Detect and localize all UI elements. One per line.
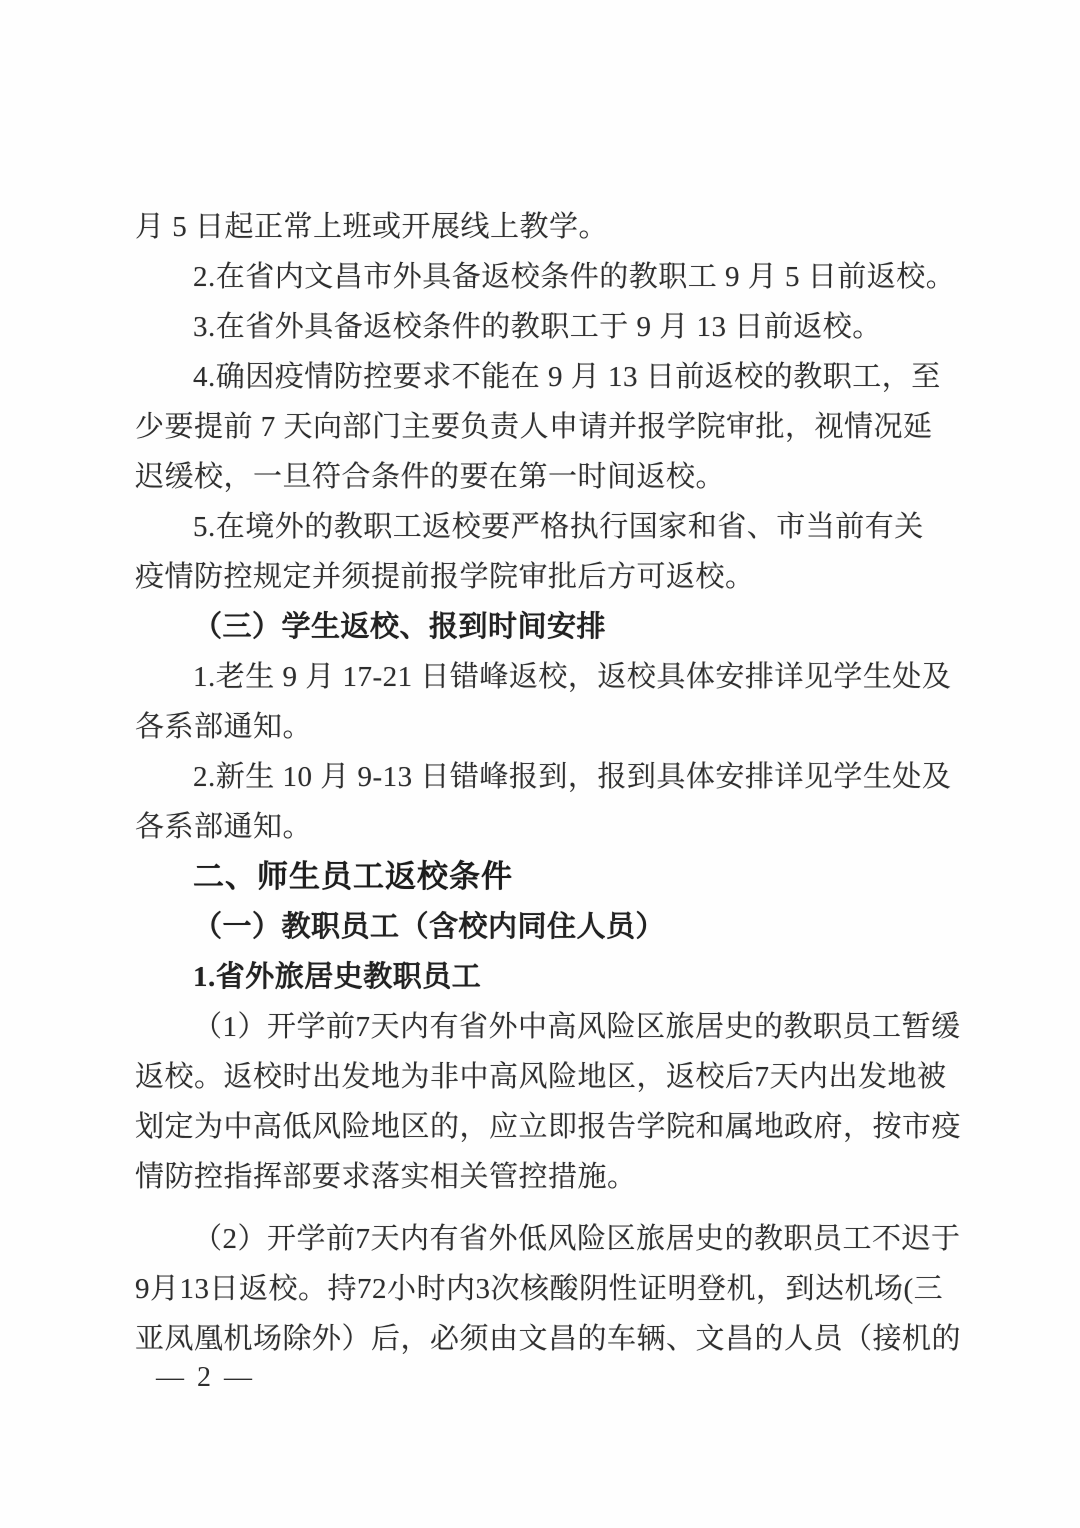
doc-line: 情防控指挥部要求落实相关管控措施。 bbox=[135, 1152, 965, 1202]
doc-line: 少要提前 7 天向部门主要负责人申请并报学院审批，视情况延 bbox=[135, 402, 965, 452]
doc-line: （1）开学前7天内有省外中高风险区旅居史的教职员工暂缓 bbox=[135, 1002, 965, 1052]
doc-line: 迟缓校，一旦符合条件的要在第一时间返校。 bbox=[135, 452, 965, 502]
document-body: 月 5 日起正常上班或开展线上教学。2.在省内文昌市外具备返校条件的教职工 9 … bbox=[135, 202, 965, 1364]
doc-line: 2.新生 10 月 9-13 日错峰报到，报到具体安排详见学生处及 bbox=[135, 752, 965, 802]
scanned-document-page: 月 5 日起正常上班或开展线上教学。2.在省内文昌市外具备返校条件的教职工 9 … bbox=[0, 0, 1080, 1528]
doc-line: 返校。返校时出发地为非中高风险地区，返校后7天内出发地被 bbox=[135, 1052, 965, 1102]
doc-line: 3.在省外具备返校条件的教职工于 9 月 13 日前返校。 bbox=[135, 302, 965, 352]
doc-line: 9月13日返校。持72小时内3次核酸阴性证明登机，到达机场(三 bbox=[135, 1264, 965, 1314]
doc-line: 疫情防控规定并须提前报学院审批后方可返校。 bbox=[135, 552, 965, 602]
sub-heading: 1.省外旅居史教职员工 bbox=[135, 952, 965, 1002]
doc-line: 各系部通知。 bbox=[135, 702, 965, 752]
doc-line: 亚凤凰机场除外）后，必须由文昌的车辆、文昌的人员（接机的 bbox=[135, 1314, 965, 1364]
page-number: — 2 — bbox=[156, 1356, 255, 1400]
doc-line: 1.老生 9 月 17-21 日错峰返校，返校具体安排详见学生处及 bbox=[135, 652, 965, 702]
section-heading: 二、师生员工返校条件 bbox=[135, 852, 965, 902]
doc-line: 各系部通知。 bbox=[135, 802, 965, 852]
doc-line: 2.在省内文昌市外具备返校条件的教职工 9 月 5 日前返校。 bbox=[135, 252, 965, 302]
doc-line: （2）开学前7天内有省外低风险区旅居史的教职员工不迟于 bbox=[135, 1214, 965, 1264]
sub-heading: （一）教职员工（含校内同住人员） bbox=[135, 902, 965, 952]
sub-heading: （三）学生返校、报到时间安排 bbox=[135, 602, 965, 652]
doc-line: 划定为中高低风险地区的，应立即报告学院和属地政府，按市疫 bbox=[135, 1102, 965, 1152]
doc-line: 4.确因疫情防控要求不能在 9 月 13 日前返校的教职工，至 bbox=[135, 352, 965, 402]
doc-line: 5.在境外的教职工返校要严格执行国家和省、市当前有关 bbox=[135, 502, 965, 552]
doc-line: 月 5 日起正常上班或开展线上教学。 bbox=[135, 202, 965, 252]
